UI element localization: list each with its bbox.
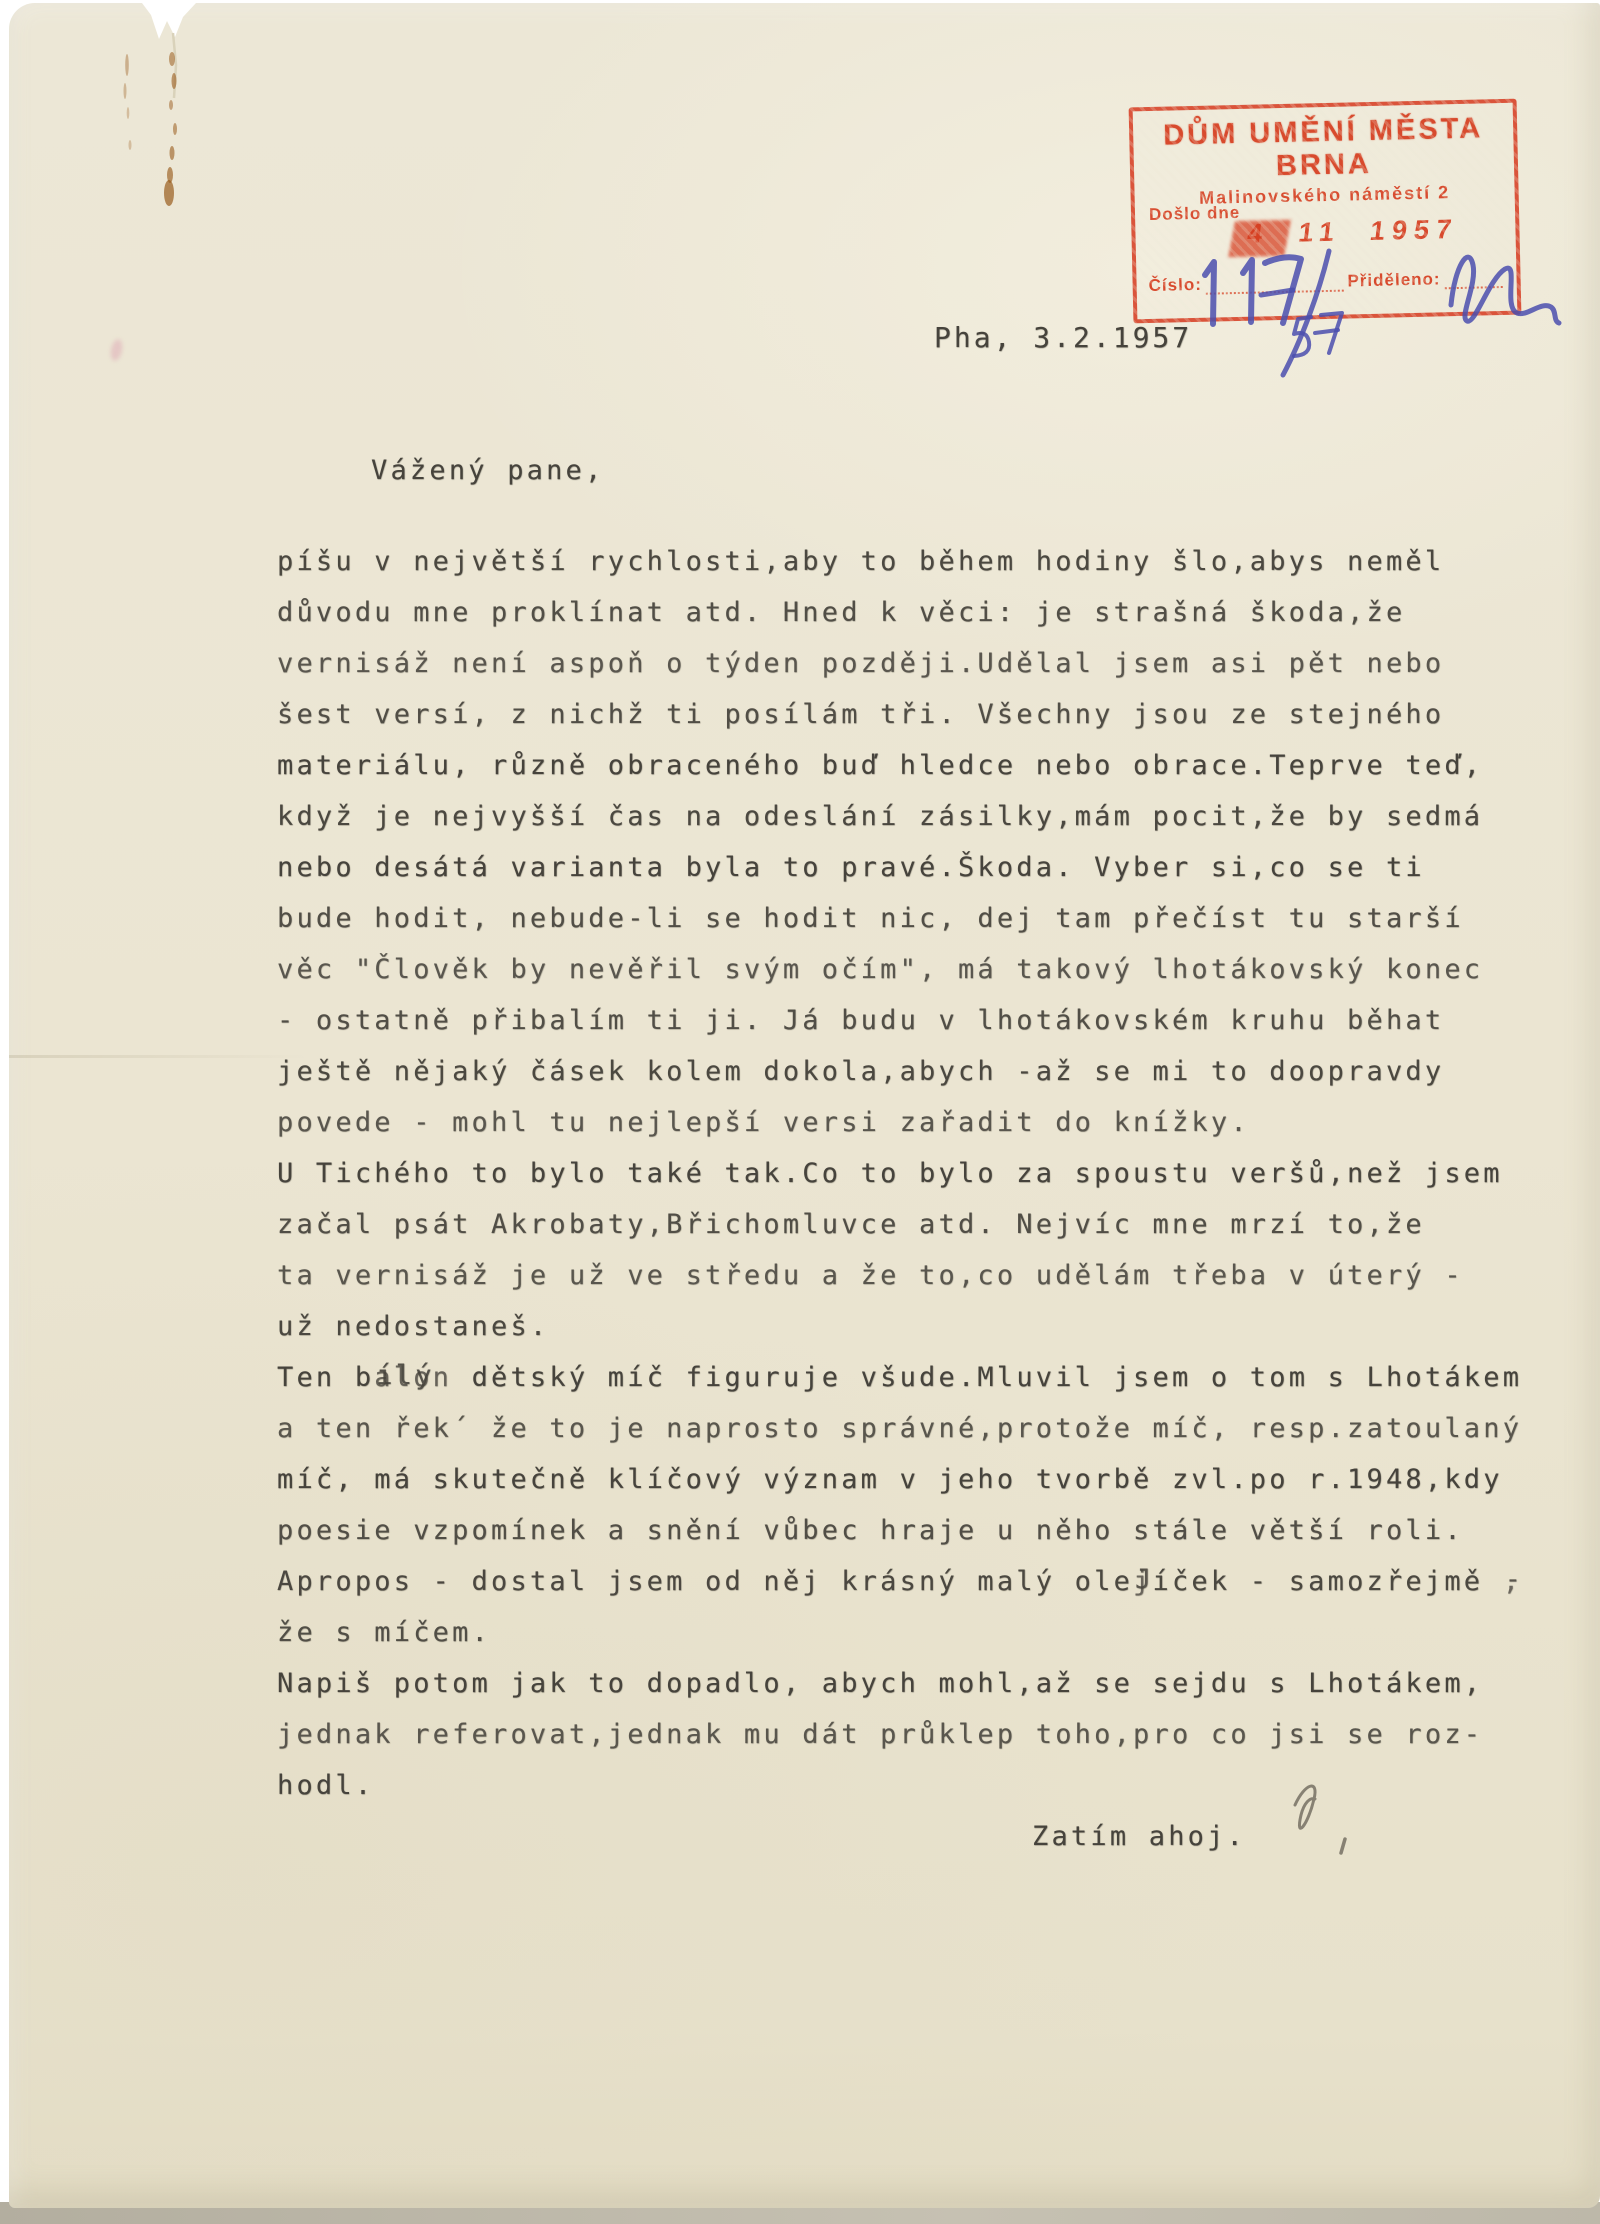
letter-line: nebo desátá varianta byla to pravé.Škoda… [277, 852, 1587, 903]
overtyped-text: ,- [1503, 1566, 1522, 1597]
letter-line: vernisáž není aspoň o týden později.Uděl… [277, 648, 1587, 699]
letter-paper: Pha, 3.2.1957 Vážený pane, píšu v největ… [9, 3, 1600, 2208]
letter-line: hodl. [277, 1770, 1587, 1821]
letter-line: povede - mohl tu nejlepší versi zařadit … [277, 1107, 1587, 1158]
letter-line: už nedostaneš. [277, 1311, 1587, 1362]
letter-line: poesie vzpomínek a snění vůbec hraje u n… [277, 1515, 1587, 1566]
closing-line: Zatím ahoj. [1032, 1821, 1246, 1852]
letter-line: píšu v největší rychlosti,aby to během h… [277, 546, 1587, 597]
letter-line: ještě nějaký čásek kolem dokola,abych -a… [277, 1056, 1587, 1107]
letter-line: materiálu, různě obraceného buď hledce n… [277, 750, 1587, 801]
letter-line: důvodu mne proklínat atd. Hned k věci: j… [277, 597, 1587, 648]
letter-line: Ten balonílý dětský míč figuruje všude.M… [277, 1362, 1587, 1413]
letter-line: a ten řek´ že to je naprosto správné,pro… [277, 1413, 1587, 1464]
scanned-letter-page: { "stamp": { "line1": "DŮM UMĚNÍ MĚSTA B… [0, 0, 1600, 2224]
letter-line: šest versí, z nichž ti posílám tři. Všec… [277, 699, 1587, 750]
letter-line: začal psát Akrobaty,Břichomluvce atd. Ne… [277, 1209, 1587, 1260]
letter-line: jednak referovat,jednak mu dát průklep t… [277, 1719, 1587, 1770]
letter-line: ta vernisáž je už ve středu a že to,co u… [277, 1260, 1587, 1311]
pink-smudge [109, 338, 124, 362]
fold-crease [9, 1055, 309, 1058]
letter-line: míč, má skutečně klíčový význam v jeho t… [277, 1464, 1587, 1515]
letter-line: Napiš potom jak to dopadlo, abych mohl,a… [277, 1668, 1587, 1719]
letter-line: když je nejvyšší čas na odeslání zásilky… [277, 801, 1587, 852]
pencil-signature-mark [1279, 1775, 1374, 1865]
overtyped-text: alonílý [374, 1362, 452, 1393]
handwritten-file-number-and-initials [1159, 223, 1589, 408]
letter-line: U Tichého to bylo také tak.Co to bylo za… [277, 1158, 1587, 1209]
letter-body: píšu v největší rychlosti,aby to během h… [277, 546, 1587, 1821]
stamp-institution-name: DŮM UMĚNÍ MĚSTA BRNA [1133, 112, 1514, 187]
date-line: Pha, 3.2.1957 [934, 321, 1192, 354]
letter-line: Apropos - dostal jsem od něj krásný malý… [277, 1566, 1587, 1617]
letter-line: že s míčem. [277, 1617, 1587, 1668]
stamp-received-label: Došlo dne [1149, 203, 1241, 225]
salutation: Vážený pane, [371, 455, 604, 486]
letter-line: bude hodit, nebude-li se hodit nic, dej … [277, 903, 1587, 954]
letter-line: věc "Člověk by nevěřil svým očím", má ta… [277, 954, 1587, 1005]
paper-tear-and-rust-stains [99, 3, 249, 253]
overtyped-text: jJ [1133, 1566, 1152, 1597]
letter-line: - ostatně přibalím ti ji. Já budu v lhot… [277, 1005, 1587, 1056]
